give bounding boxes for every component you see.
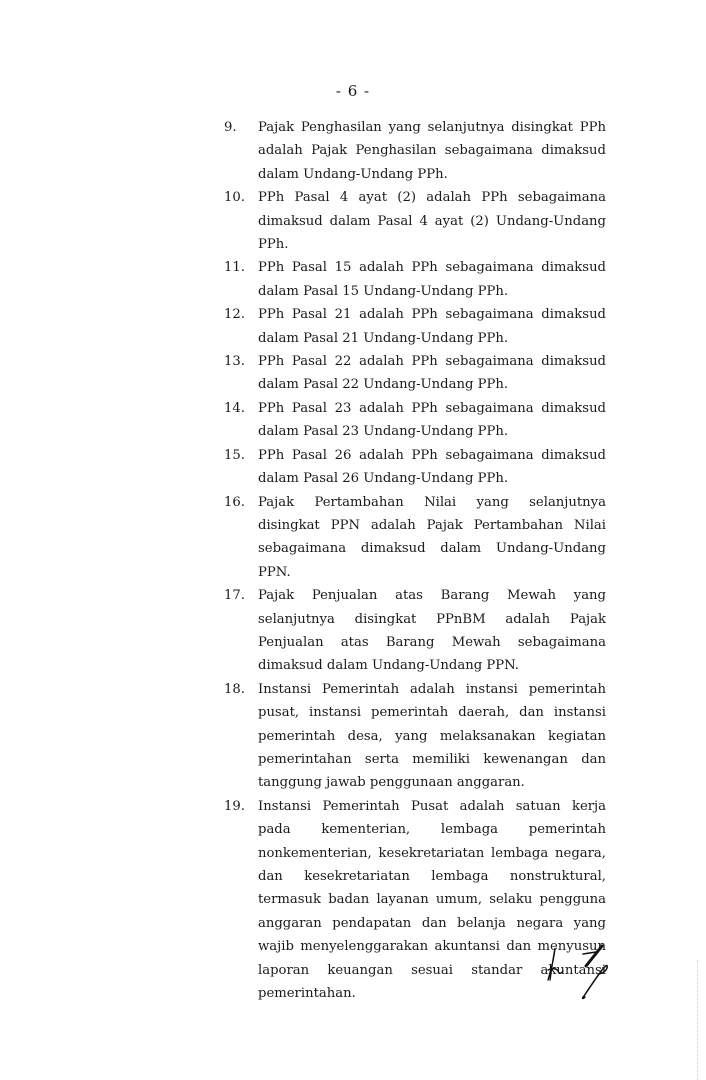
item-text: PPh Pasal 26 adalah PPh sebagaimana dima… <box>258 444 606 491</box>
item-number: 19. <box>224 795 245 818</box>
item-text: PPh Pasal 4 ayat (2) adalah PPh sebagaim… <box>258 186 606 256</box>
item-number: 10. <box>224 186 245 209</box>
item-number: 16. <box>224 491 245 514</box>
item-number: 18. <box>224 678 245 701</box>
item-number: 17. <box>224 584 245 607</box>
item-text: Pajak Penghasilan yang selanjutnya disin… <box>258 116 606 186</box>
list-item: 16.Pajak Pertambahan Nilai yang selanjut… <box>224 491 606 585</box>
item-text: PPh Pasal 22 adalah PPh sebagaimana dima… <box>258 350 606 397</box>
item-number: 15. <box>224 444 245 467</box>
list-item: 9.Pajak Penghasilan yang selanjutnya dis… <box>224 116 606 186</box>
item-number: 14. <box>224 397 245 420</box>
item-number: 9. <box>224 116 237 139</box>
item-text: Pajak Penjualan atas Barang Mewah yang s… <box>258 584 606 678</box>
item-text: Instansi Pemerintah adalah instansi peme… <box>258 678 606 795</box>
list-item: 15.PPh Pasal 26 adalah PPh sebagaimana d… <box>224 444 606 491</box>
page-number: - 6 - <box>0 82 706 100</box>
definitions-list: 9.Pajak Penghasilan yang selanjutnya dis… <box>224 116 606 1005</box>
list-item: 18.Instansi Pemerintah adalah instansi p… <box>224 678 606 795</box>
item-number: 11. <box>224 256 245 279</box>
list-item: 10.PPh Pasal 4 ayat (2) adalah PPh sebag… <box>224 186 606 256</box>
item-text: PPh Pasal 21 adalah PPh sebagaimana dima… <box>258 303 606 350</box>
list-item: 11.PPh Pasal 15 adalah PPh sebagaimana d… <box>224 256 606 303</box>
item-text: Pajak Pertambahan Nilai yang selanjutnya… <box>258 491 606 585</box>
item-text: PPh Pasal 23 adalah PPh sebagaimana dima… <box>258 397 606 444</box>
list-item: 14.PPh Pasal 23 adalah PPh sebagaimana d… <box>224 397 606 444</box>
list-item: 17.Pajak Penjualan atas Barang Mewah yan… <box>224 584 606 678</box>
scan-edge-line <box>697 960 699 1080</box>
item-number: 13. <box>224 350 245 373</box>
item-number: 12. <box>224 303 245 326</box>
initials-signature-icon <box>540 940 650 1020</box>
list-item: 12.PPh Pasal 21 adalah PPh sebagaimana d… <box>224 303 606 350</box>
list-item: 13.PPh Pasal 22 adalah PPh sebagaimana d… <box>224 350 606 397</box>
item-text: PPh Pasal 15 adalah PPh sebagaimana dima… <box>258 256 606 303</box>
